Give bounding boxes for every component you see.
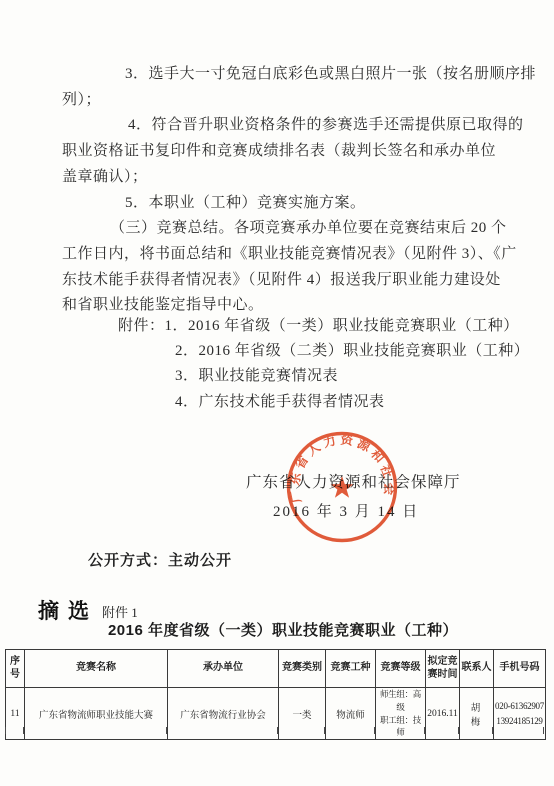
body-line: 职业资格证书复印件和竞赛成绩排名表（裁判长签名和承办单位 (62, 139, 502, 165)
table-header-row: 序号 竞赛名称 承办单位 竞赛类别 竞赛工种 竞赛等级 拟定竞赛时间 联系人 手… (6, 650, 546, 688)
disclosure-method: 公开方式：主动公开 (88, 549, 232, 570)
attachment-item: 附件：1．2016 年省级（一类）职业技能竞赛职业（工种） (62, 314, 522, 339)
body-line: 4．符合晋升职业资格条件的参赛选手还需提供原已取得的 (62, 113, 502, 139)
body-line: 5．本职业（工种）竞赛实施方案。 (62, 191, 502, 217)
col-header-time: 拟定竞赛时间 (426, 650, 460, 688)
scanned-document-page: 3．选手大一寸免冠白底彩色或黑白照片一张（按名册顺序排 列）； 4．符合晋升职业… (0, 0, 554, 786)
phone-line: 020-61362907 (495, 699, 544, 713)
body-line: 3．选手大一寸免冠白底彩色或黑白照片一张（按名册顺序排 (62, 62, 502, 88)
col-header-name: 竞赛名称 (25, 650, 168, 688)
col-header-phone: 手机号码 (494, 650, 546, 688)
table-title: 2016 年度省级（一类）职业技能竞赛职业（工种） (0, 619, 554, 640)
col-header-contact: 联系人 (460, 650, 494, 688)
attachment-item: 4．广东技术能手获得者情况表 (62, 390, 522, 415)
phone-line: 13924185129 (495, 714, 544, 728)
col-header-organizer: 承办单位 (168, 650, 279, 688)
attachment-item: 2．2016 年省级（二类）职业技能竞赛职业（工种） (62, 339, 522, 364)
body-line: 工作日内，将书面总结和《职业技能竞赛情况表》（见附件 3）、《广 (62, 242, 502, 268)
col-header-category: 竞赛类别 (279, 650, 326, 688)
grade-line: 师生组：高级 (377, 688, 424, 714)
attachment-item: 3．职业技能竞赛情况表 (62, 364, 522, 389)
col-header-no: 序号 (6, 650, 25, 688)
attachment-list: 附件：1．2016 年省级（一类）职业技能竞赛职业（工种） 2．2016 年省级… (62, 314, 522, 415)
col-header-grade: 竞赛等级 (376, 650, 426, 688)
body-line: 东技术能手获得者情况表》（见附件 4）报送我厅职业能力建设处 (62, 268, 502, 294)
body-line: 盖章确认）； (62, 165, 502, 191)
document-body: 3．选手大一寸免冠白底彩色或黑白照片一张（按名册顺序排 列）； 4．符合晋升职业… (62, 62, 502, 319)
body-line: （三）竞赛总结。各项竞赛承办单位要在竞赛结束后 20 个 (62, 216, 502, 242)
table-next-row-cutoff (5, 727, 545, 734)
official-seal: 广东省人力资源和社会保障厅 (284, 429, 400, 545)
seal-star-icon (331, 476, 354, 498)
col-header-occupation: 竞赛工种 (326, 650, 376, 688)
body-line: 列）； (62, 88, 502, 114)
